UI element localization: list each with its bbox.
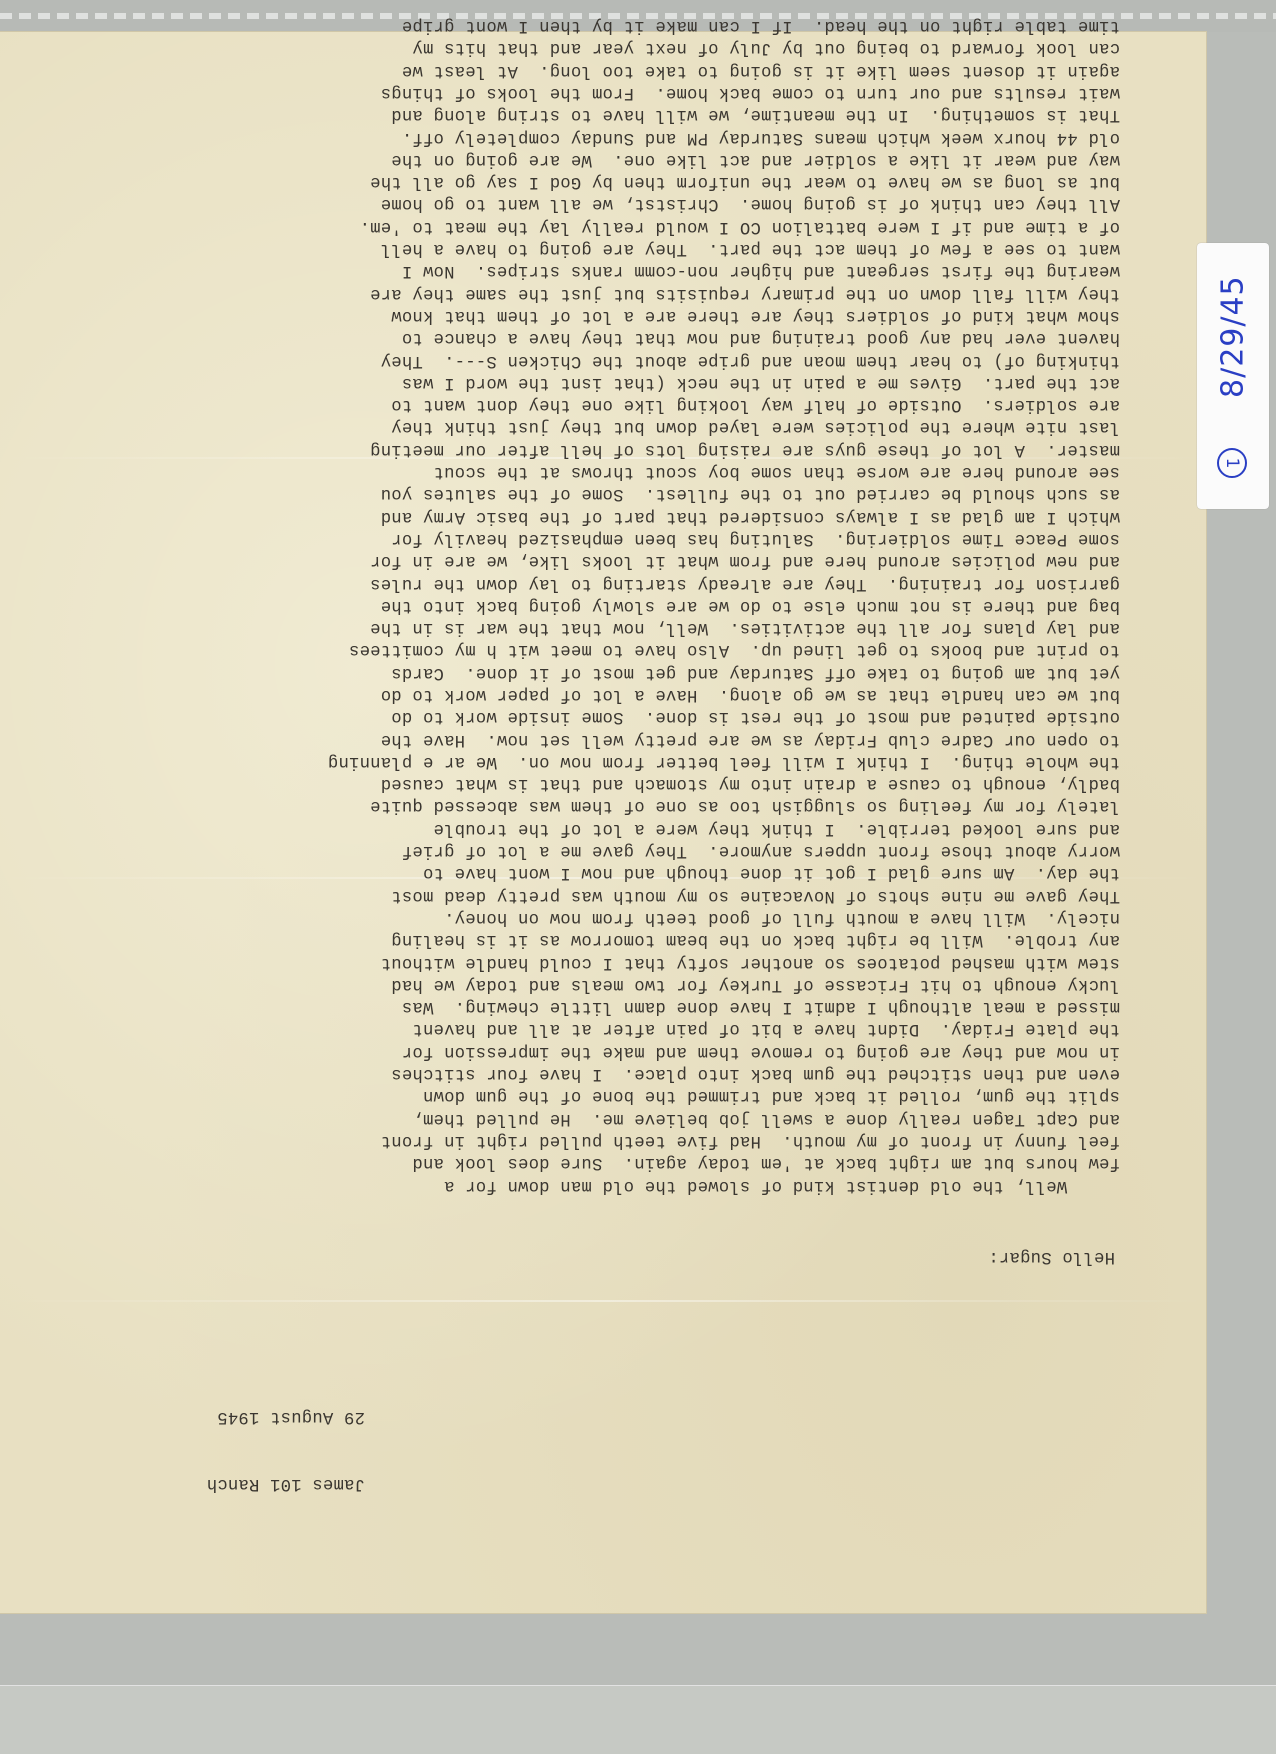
letter-page: James 101 Ranch 29 August 1945 Hello Sug…	[0, 32, 1206, 1613]
letter-line: even and then stitched the gum back into…	[60, 1062, 1120, 1084]
letter-line: wearing the first sergeant and higher no…	[60, 259, 1120, 281]
letter-line: but as long as we have to wear the unifo…	[60, 170, 1120, 192]
letter-line: missed a meal although I admit I have do…	[60, 995, 1120, 1017]
letter-line: lucky enough to hit Fricasse of Turkey f…	[60, 973, 1120, 995]
letter-line: of a time and if I were battalion CO I w…	[60, 214, 1120, 236]
letter-line: which I am glad as I always considered t…	[60, 504, 1120, 526]
letter-body: Well, the old dentist kind of slowed the…	[60, 14, 1120, 1196]
letter-line: and new policies around here and from wh…	[60, 549, 1120, 571]
letter-line: can look forward to being out by July of…	[60, 36, 1120, 58]
letter-line: nicely. Will have a mouth full of good t…	[60, 906, 1120, 928]
letter-line: to print and books to get lined up. Also…	[60, 638, 1120, 660]
letter-line: some Peace Time soldiering. Saluting has…	[60, 527, 1120, 549]
letter-line: badly, enough to cause a drain into my s…	[60, 772, 1120, 794]
letter-line: way and wear it like a soldier and act l…	[60, 148, 1120, 170]
letter-line: stew with mashed potatoes so another sof…	[60, 950, 1120, 972]
letter-line: the plate Friday. Didnt have a bit of pa…	[60, 1017, 1120, 1039]
underlying-sheet	[0, 1685, 1276, 1754]
letter-line: garrison for training. They are already …	[60, 571, 1120, 593]
letter-line: feel funny in front of my mouth. Had fiv…	[60, 1129, 1120, 1151]
letter-line: the day. Am sure glad I got it done thou…	[60, 861, 1120, 883]
letter-line: havent ever had any good training and no…	[60, 326, 1120, 348]
handwritten-date: 8/29/45	[1205, 277, 1261, 397]
letter-heading: James 101 Ranch 29 August 1945	[60, 1360, 365, 1538]
letter-line: worry about those front uppers anymore. …	[60, 839, 1120, 861]
letter-line: thinking of) to hear them moan and gripe…	[60, 348, 1120, 370]
letter-line: last nite where the policies were layed …	[60, 415, 1120, 437]
letter-line: outside painted and most of the rest is …	[60, 705, 1120, 727]
letter-line: see around here are worse than some boy …	[60, 460, 1120, 482]
letter-line: split the gum, rolled it back and trimme…	[60, 1084, 1120, 1106]
letter-line: the whole thing. I think I will feel bet…	[60, 750, 1120, 772]
letter-line: to open our Cadre club Friday as we are …	[60, 727, 1120, 749]
letter-line: and Capt Tagen really done a swell job b…	[60, 1106, 1120, 1128]
letter-line: old 44 hourx week which means Saturday P…	[60, 125, 1120, 147]
letter-line: Well, the old dentist kind of slowed the…	[60, 1173, 1120, 1195]
letter-line: as such should be carried out to the ful…	[60, 482, 1120, 504]
letter-line: want to see a few of them act the part. …	[60, 237, 1120, 259]
letter-line: That is something. In the meantime, we w…	[60, 103, 1120, 125]
letter-line: few hours but am right back at 'em today…	[60, 1151, 1120, 1173]
letter-line: but we can handle that as we go along. H…	[60, 683, 1120, 705]
letter-line: bag and there is not much else to do we …	[60, 594, 1120, 616]
letter-date: 29 August 1945	[60, 1405, 365, 1427]
letter-line: They gave me nine shots of Novacaine so …	[60, 883, 1120, 905]
sender-location: James 101 Ranch	[60, 1472, 365, 1494]
page-number-circled: 1	[1217, 448, 1247, 478]
letter-line: any troble. Will be right back on the be…	[60, 928, 1120, 950]
letter-line: master. A lot of these guys are raising …	[60, 437, 1120, 459]
salutation: Hello Sugar:	[60, 1245, 1115, 1267]
letter-line: lately for my feeling so sluggish too as…	[60, 794, 1120, 816]
letter-line: they will fall down on the primary requi…	[60, 281, 1120, 303]
letter-line: wait results and our turn to come back h…	[60, 81, 1120, 103]
letter-line: show what kind of soldiers they are ther…	[60, 304, 1120, 326]
letter-line: All they can think of is going home. Chr…	[60, 192, 1120, 214]
letter-line: and lay plans for all the activities. We…	[60, 616, 1120, 638]
letter-line: are soldiers. Outside of half way lookin…	[60, 393, 1120, 415]
letter-line: and sure looked terrible. I think they w…	[60, 817, 1120, 839]
letter-content-rotated: James 101 Ranch 29 August 1945 Hello Sug…	[0, 32, 1206, 1613]
letter-line: again it dosent seem like it is going to…	[60, 58, 1120, 80]
typed-text-block: James 101 Ranch 29 August 1945 Hello Sug…	[60, 0, 1120, 1583]
letter-line: act the part. Gives me a pain in the nec…	[60, 371, 1120, 393]
letter-line: time table right on the head. If I can m…	[60, 14, 1120, 36]
letter-line: yet but am going to take off Saturday an…	[60, 660, 1120, 682]
letter-line: in now and they are going to remove them…	[60, 1039, 1120, 1061]
archival-sticky-note: 8/29/45 1	[1197, 243, 1269, 509]
